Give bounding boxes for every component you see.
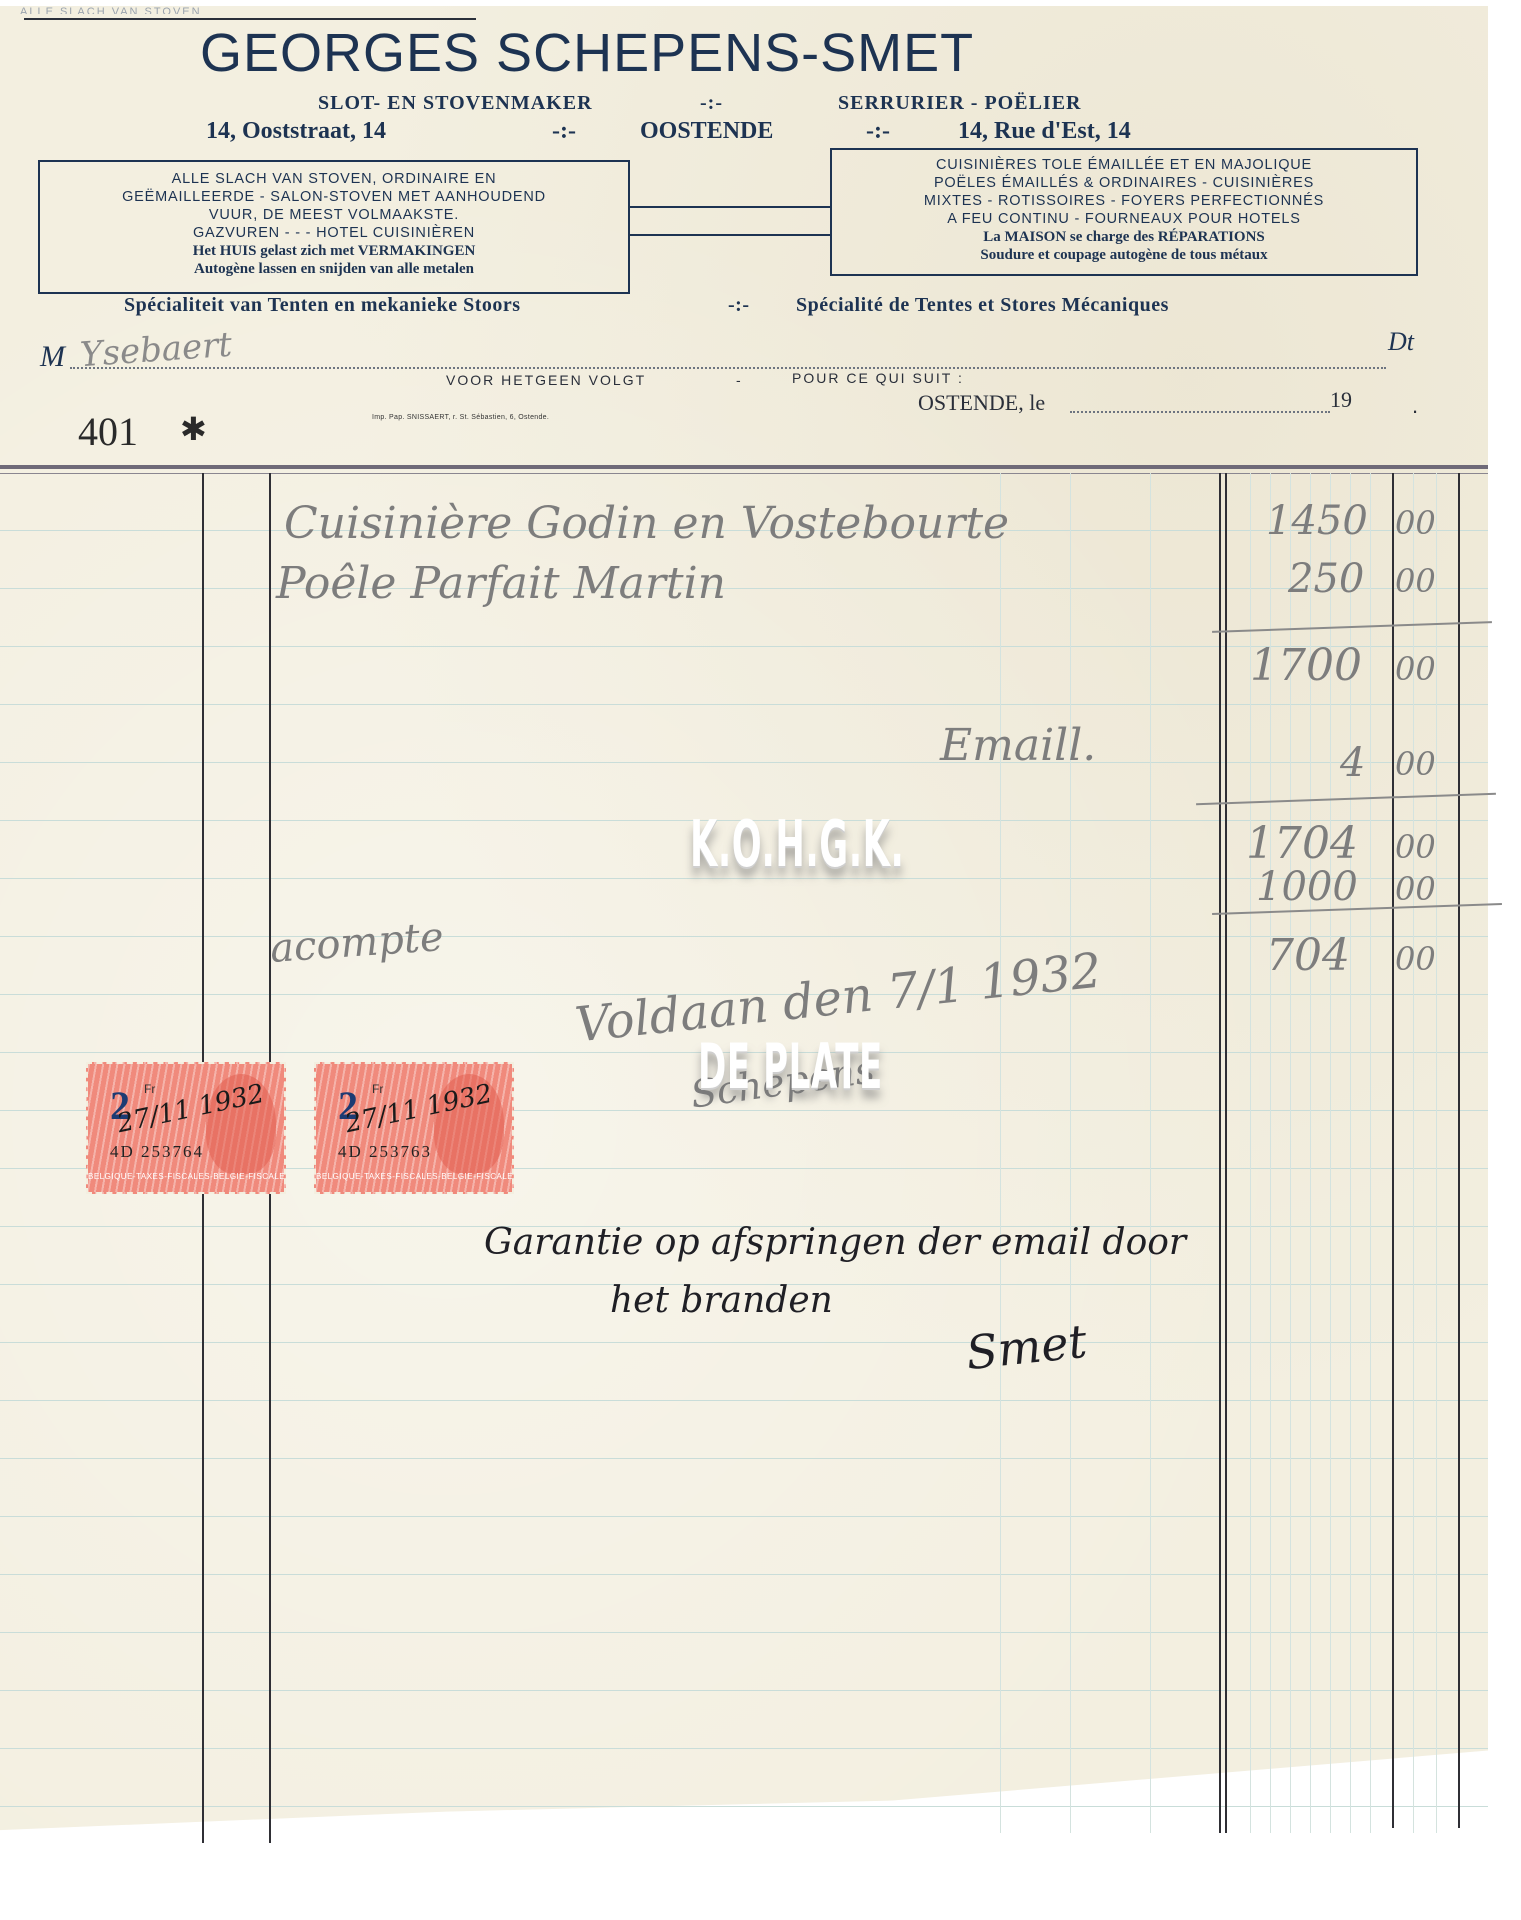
amount-cents: 00	[1395, 504, 1436, 542]
guarantee-note-line-2: het branden	[610, 1280, 833, 1321]
debtor-suffix: Dt	[1388, 327, 1414, 357]
printer-credit: Imp. Pap. SNISSAERT, r. St. Sébastien, 6…	[372, 414, 549, 421]
amount-francs: 250	[1288, 556, 1364, 602]
ledger-line	[0, 1516, 1488, 1517]
services-fr-line: MIXTES - ROTISSOIRES - FOYERS PERFECTION…	[832, 192, 1416, 210]
addressee-prefix: M	[40, 340, 65, 374]
amount-cents: 00	[1395, 870, 1436, 908]
ledger-guide	[1150, 473, 1151, 1833]
ledger-line	[0, 1400, 1488, 1401]
specialty-separator: -:-	[728, 294, 749, 317]
line-item-description: Poêle Parfait Martin	[276, 558, 726, 609]
amount-francs: 1700	[1250, 640, 1362, 691]
column-rule-right	[1458, 473, 1460, 1828]
guarantee-note-line-1: Garantie op afspringen der email door	[484, 1222, 1186, 1263]
date-dotted-line	[1070, 411, 1330, 413]
line-item-description: Emaill.	[940, 720, 1096, 771]
ledger-line	[0, 1748, 1488, 1749]
amount-total-francs: 704	[1266, 930, 1350, 981]
services-fr-bold-line: La MAISON se charge des RÉPARATIONS	[832, 228, 1416, 246]
watermark-de-plate: DE PLATE	[698, 1030, 883, 1103]
services-fr-line: CUISINIÈRES TOLE ÉMAILLÉE ET EN MAJOLIQU…	[832, 156, 1416, 174]
stamp-serial: 4D 253764	[110, 1142, 204, 1162]
amount-cents: 00	[1395, 828, 1436, 866]
services-fr-line: POËLES ÉMAILLÉS & ORDINAIRES - CUISINIÈR…	[832, 174, 1416, 192]
label-pour-ce-qui-suit: POUR CE QUI SUIT :	[792, 370, 964, 386]
fiscal-stamp: 2 Fr 4D 253764 BELGIQUE-TAXES-FISCALES-B…	[86, 1062, 286, 1194]
invoice-number: 401	[78, 408, 138, 455]
ledger-line	[0, 1574, 1488, 1575]
services-nl-line: ALLE SLACH VAN STOVEN, ORDINAIRE EN	[40, 170, 628, 188]
header-top-rule	[24, 18, 476, 20]
amount-total-cents: 00	[1395, 940, 1436, 978]
ledger-line	[0, 1342, 1488, 1343]
stamp-unit: Fr	[372, 1082, 383, 1096]
invoice-mark-icon: ✱	[180, 410, 207, 448]
ledger-line	[0, 704, 1488, 705]
ledger-line	[0, 936, 1488, 937]
column-rule-cents	[1392, 473, 1394, 1828]
ledger-header-rule-thin	[0, 473, 1488, 474]
ledger-guide	[1436, 473, 1437, 1833]
line-item-description: Cuisinière Godin en Vostebourte	[284, 498, 1009, 549]
label-voor-hetgeen-volgt: VOOR HETGEEN VOLGT	[446, 372, 646, 388]
addressee-dotted-line	[70, 367, 1386, 369]
connector-rule	[630, 234, 830, 236]
ledger-header-rule	[0, 465, 1488, 469]
ledger-line	[0, 588, 1488, 589]
address-separator: -:-	[552, 118, 576, 145]
date-period: .	[1412, 393, 1418, 419]
amount-cents: 00	[1395, 650, 1436, 688]
watermark-kohgk: K.O.H.G.K.	[690, 808, 904, 882]
ledger-line	[0, 1632, 1488, 1633]
amount-francs: 1450	[1266, 498, 1368, 544]
place-date-label: OSTENDE, le	[918, 390, 1045, 416]
stamp-band: BELGIQUE-TAXES-FISCALES-BELGIE-FISCALE-T…	[88, 1172, 284, 1184]
stamp-band: BELGIQUE-TAXES-FISCALES-BELGIE-FISCALE-T…	[316, 1172, 512, 1184]
address-nl: 14, Ooststraat, 14	[206, 118, 386, 145]
company-name: GEORGES SCHEPENS-SMET	[200, 22, 974, 84]
amount-francs: 1000	[1256, 864, 1358, 910]
services-box-fr: CUISINIÈRES TOLE ÉMAILLÉE ET EN MAJOLIQU…	[830, 148, 1418, 276]
label-separator: -	[736, 372, 743, 388]
ledger-line	[0, 762, 1488, 763]
trade-separator: -:-	[700, 92, 723, 115]
services-box-nl: ALLE SLACH VAN STOVEN, ORDINAIRE EN GEËM…	[38, 160, 630, 294]
city: OOSTENDE	[640, 118, 773, 145]
amount-cents: 00	[1395, 745, 1436, 783]
ledger-guide	[1370, 473, 1371, 1833]
address-separator-2: -:-	[866, 118, 890, 145]
services-fr-bold-line: Soudure et coupage autogène de tous méta…	[832, 246, 1416, 264]
ledger-line	[0, 1690, 1488, 1691]
services-nl-line: VUUR, DE MEEST VOLMAAKSTE.	[40, 206, 628, 224]
year-prefix: 19	[1330, 387, 1352, 413]
services-nl-line: GEËMAILLEERDE - SALON-STOVEN MET AANHOUD…	[40, 188, 628, 206]
address-fr: 14, Rue d'Est, 14	[958, 118, 1131, 145]
trade-nl: SLOT- EN STOVENMAKER	[318, 92, 593, 115]
column-rule-amount-left	[1219, 473, 1221, 1833]
stamp-unit: Fr	[144, 1082, 155, 1096]
amount-francs: 4	[1340, 740, 1365, 786]
cut-header-remnant: ALLE SLACH VAN STOVEN	[20, 6, 540, 14]
trade-fr: SERRURIER - POËLIER	[838, 92, 1081, 115]
connector-rule	[630, 206, 830, 208]
specialty-fr: Spécialité de Tentes et Stores Mécanique…	[796, 294, 1169, 317]
ledger-line	[0, 1458, 1488, 1459]
services-nl-line: GAZVUREN - - - HOTEL CUISINIÈREN	[40, 224, 628, 242]
amount-cents: 00	[1395, 562, 1436, 600]
fiscal-stamp: 2 Fr 4D 253763 BELGIQUE-TAXES-FISCALES-B…	[314, 1062, 514, 1194]
services-nl-bold-line: Het HUIS gelast zich met VERMAKINGEN	[40, 242, 628, 260]
ledger-guide	[1070, 473, 1071, 1833]
ledger-line	[0, 1806, 1488, 1807]
services-fr-line: A FEU CONTINU - FOURNEAUX POUR HOTELS	[832, 210, 1416, 228]
services-nl-bold-line: Autogène lassen en snijden van alle meta…	[40, 260, 628, 278]
ledger-guide	[1000, 473, 1001, 1833]
specialty-nl: Spécialiteit van Tenten en mekanieke Sto…	[124, 294, 521, 317]
stamp-serial: 4D 253763	[338, 1142, 432, 1162]
amount-francs: 1704	[1246, 818, 1358, 869]
column-rule-amount-left-2	[1225, 473, 1227, 1833]
